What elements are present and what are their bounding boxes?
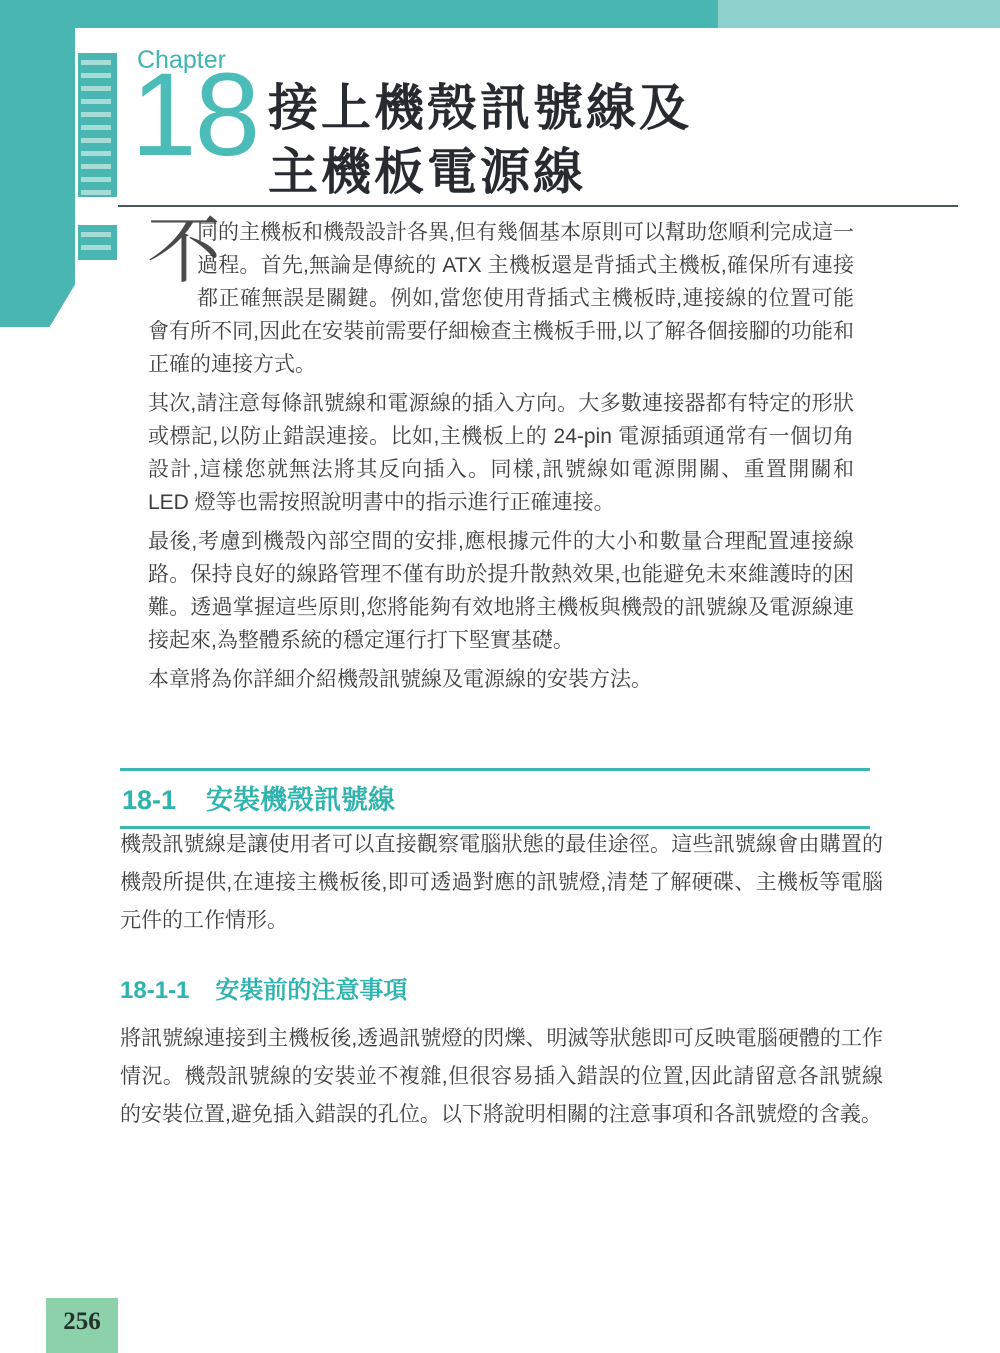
stripe xyxy=(81,99,111,104)
stripe xyxy=(81,138,111,143)
stripe xyxy=(81,232,111,237)
section-18-1-1-number: 18-1-1 xyxy=(120,977,189,1005)
page-number: 256 xyxy=(63,1308,101,1335)
intro-paragraph-3: 最後,考慮到機殼內部空間的安排,應根據元件的大小和數量合理配置連接線路。保持良好… xyxy=(148,525,854,657)
chapter-title-line2: 主機板電源線 xyxy=(268,140,968,204)
intro-paragraphs: 不同的主機板和機殼設計各異,但有幾個基本原則可以幫助您順利完成這一過程。首先,無… xyxy=(148,216,854,702)
stripe xyxy=(81,60,111,65)
stripe xyxy=(81,177,111,182)
section-18-1-heading: 18-1 安裝機殼訊號線 xyxy=(120,768,870,829)
left-margin-block xyxy=(0,0,75,327)
deco-stripes-upper xyxy=(78,53,117,197)
drop-cap: 不 xyxy=(147,218,194,284)
stripe xyxy=(81,151,111,156)
chapter-number: 18 xyxy=(131,60,258,170)
section-18-1-title: 安裝機殼訊號線 xyxy=(206,778,395,817)
chapter-title: 接上機殼訊號線及 主機板電源線 xyxy=(268,76,968,204)
intro-paragraph-1-text: 同的主機板和機殼設計各異,但有幾個基本原則可以幫助您順利完成這一過程。首先,無論… xyxy=(148,221,854,376)
stripe xyxy=(81,125,111,130)
stripe xyxy=(81,86,111,91)
stripe xyxy=(81,73,111,78)
stripe xyxy=(81,112,111,117)
intro-paragraph-4: 本章將為你詳細介紹機殼訊號線及電源線的安裝方法。 xyxy=(148,663,854,696)
deco-stripes-lower xyxy=(78,225,117,260)
title-underline-rule xyxy=(118,205,958,207)
top-bar-dark xyxy=(0,0,718,28)
section-18-1-body: 機殼訊號線是讓使用者可以直接觀察電腦狀態的最佳途徑。這些訊號線會由購置的機殼所提… xyxy=(120,826,883,940)
top-bar-light xyxy=(718,0,1000,28)
section-18-1-1-title: 安裝前的注意事項 xyxy=(215,970,407,1005)
book-page: Chapter 18 接上機殼訊號線及 主機板電源線 不同的主機板和機殼設計各異… xyxy=(0,0,1000,1353)
intro-paragraph-1: 不同的主機板和機殼設計各異,但有幾個基本原則可以幫助您順利完成這一過程。首先,無… xyxy=(148,216,854,381)
section-18-1-number: 18-1 xyxy=(122,785,176,816)
intro-paragraph-2: 其次,請注意每條訊號線和電源線的插入方向。大多數連接器都有特定的形狀或標記,以防… xyxy=(148,387,854,519)
stripe xyxy=(81,190,111,195)
chapter-title-line1: 接上機殼訊號線及 xyxy=(268,76,968,140)
section-18-1-1-body: 將訊號線連接到主機板後,透過訊號燈的閃爍、明滅等狀態即可反映電腦硬體的工作情況。… xyxy=(120,1020,883,1134)
section-18-1-1-heading: 18-1-1 安裝前的注意事項 xyxy=(120,970,407,1005)
stripe xyxy=(81,245,111,250)
stripe xyxy=(81,164,111,169)
page-number-box: 256 xyxy=(46,1298,118,1353)
